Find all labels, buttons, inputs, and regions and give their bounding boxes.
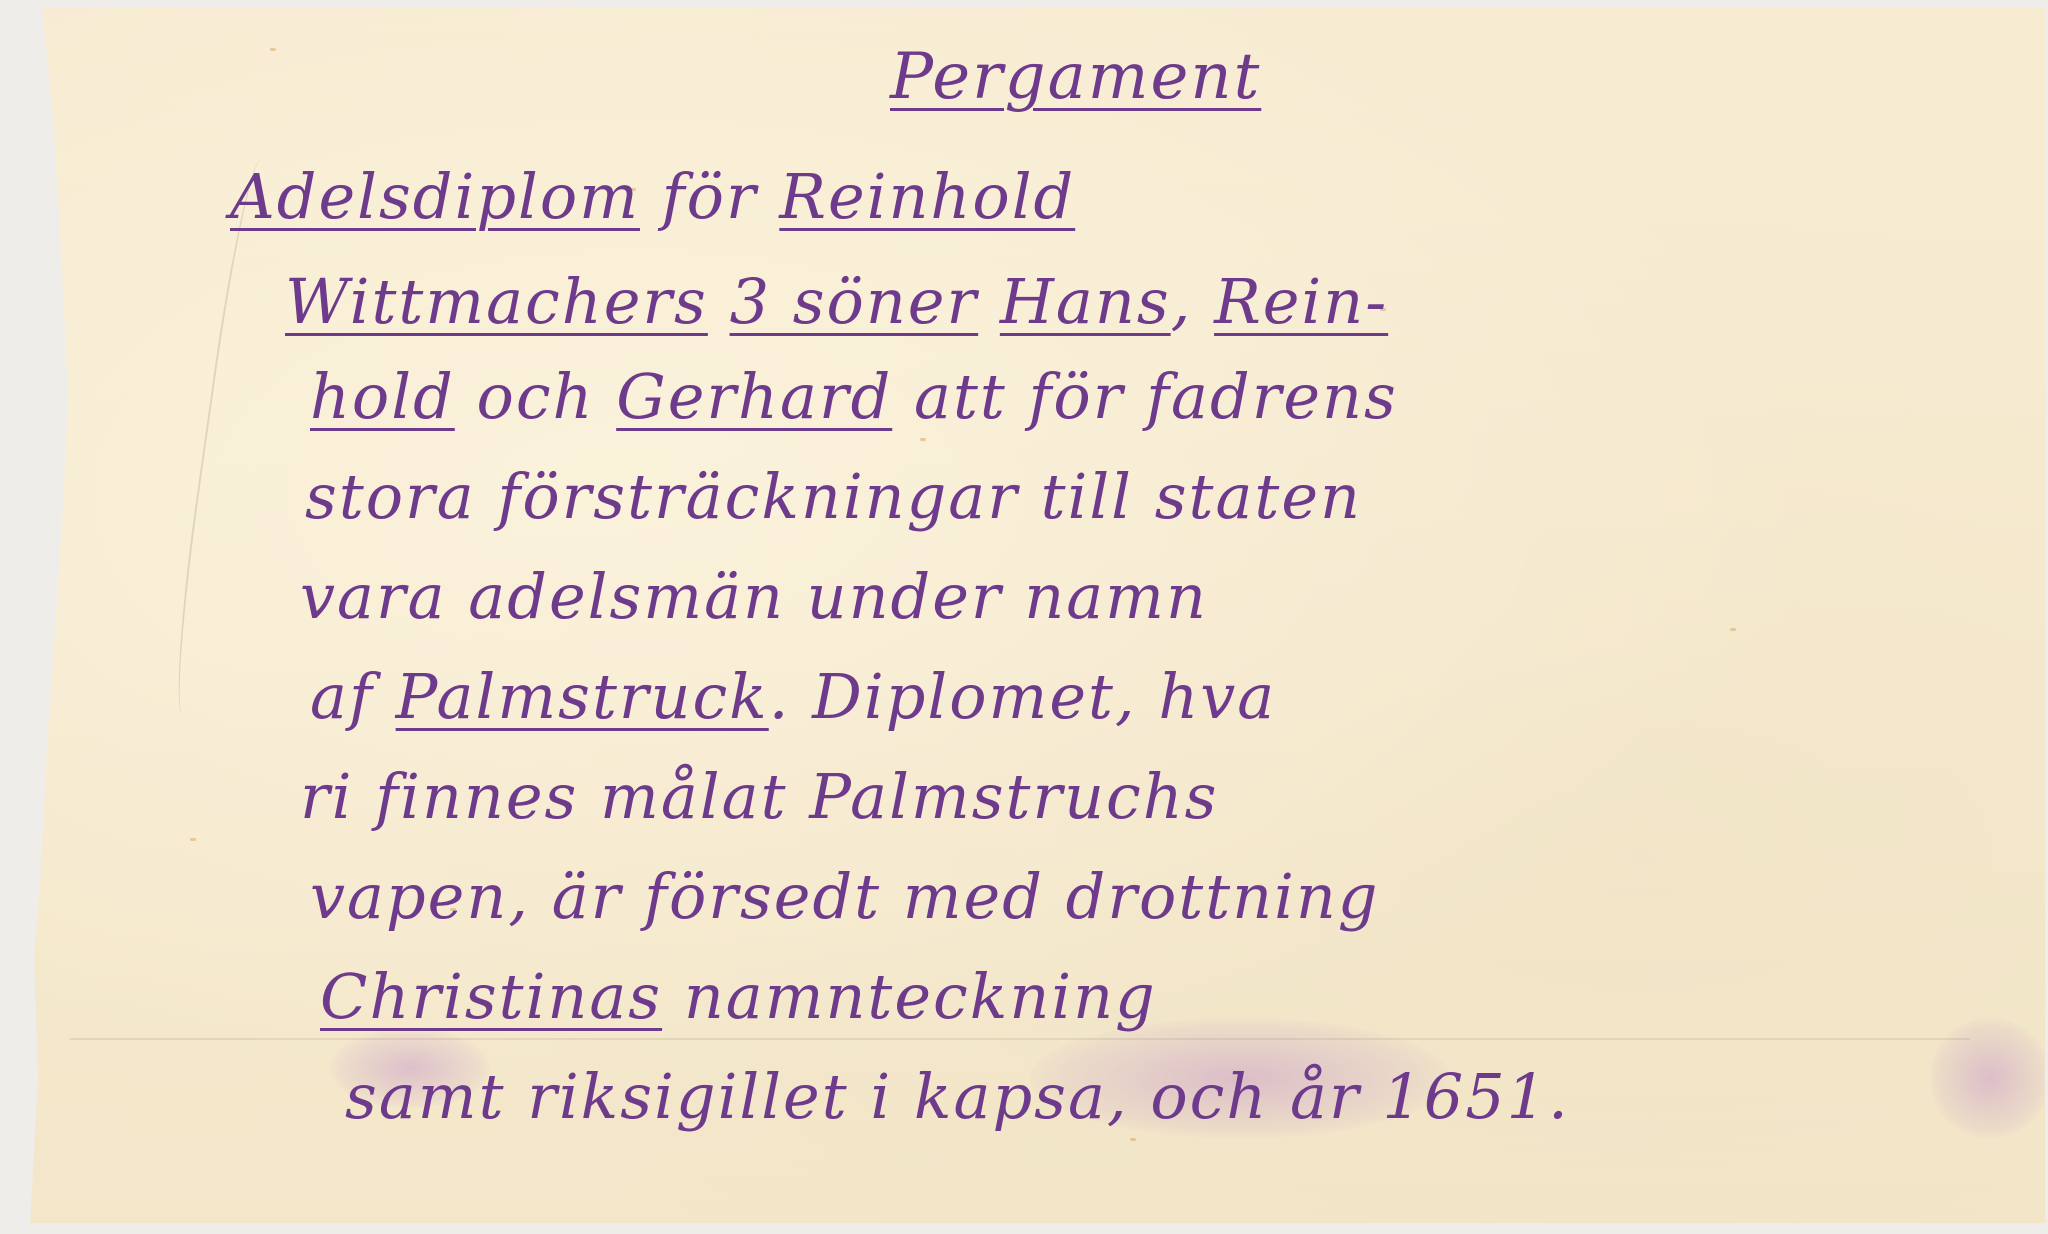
text-line-10: samt riksigillet i kapsa, och år 1651. <box>345 1060 1570 1133</box>
text-line-3: hold och Gerhard att för fadrens <box>310 360 1398 433</box>
word-3-soner: 3 söner <box>730 265 979 338</box>
word-hans: Hans <box>1000 265 1171 338</box>
text-segment: vara adelsmän under namn <box>300 560 1208 633</box>
word-reinhold: Reinhold <box>779 160 1075 233</box>
text-segment: af <box>310 660 396 733</box>
text-line-8: vapen, är försedt med drottning <box>310 860 1380 933</box>
word-rein: Rein- <box>1214 265 1388 338</box>
ink-stain <box>1930 1018 2048 1138</box>
word-wittmachers: Wittmachers <box>285 265 708 338</box>
text-segment: samt riksigillet i kapsa, och år 1651. <box>345 1060 1570 1133</box>
scanned-document: Pergament Adelsdiplom för Reinhold Wittm… <box>0 0 2048 1234</box>
word-palmstruck: Palmstruck <box>396 660 769 733</box>
paper-fleck <box>1130 1138 1136 1141</box>
text-line-5: vara adelsmän under namn <box>300 560 1208 633</box>
text-segment: för <box>640 160 779 233</box>
text-line-6: af Palmstruck. Diplomet, hva <box>310 660 1276 733</box>
paper-fleck <box>190 838 196 841</box>
paper-fleck <box>1730 628 1736 631</box>
text-segment <box>978 265 1000 338</box>
text-segment: namnteckning <box>662 960 1157 1033</box>
document-title: Pergament <box>890 40 1261 114</box>
title-text: Pergament <box>890 40 1261 114</box>
paper-crease <box>166 158 286 718</box>
text-segment: och <box>455 360 616 433</box>
word-christinas: Christinas <box>320 960 662 1033</box>
paper-fleck <box>270 48 276 51</box>
text-line-2: Wittmachers 3 söner Hans, Rein- <box>285 265 1388 338</box>
word-gerhard: Gerhard <box>616 360 892 433</box>
paper-fleck <box>920 438 926 441</box>
text-segment: vapen, är försedt med drottning <box>310 860 1380 933</box>
text-segment: ri finnes målat Palmstruchs <box>300 760 1219 833</box>
word-adelsdiplom: Adelsdiplom <box>230 160 640 233</box>
text-segment <box>708 265 730 338</box>
text-line-9: Christinas namnteckning <box>320 960 1157 1033</box>
text-line-7: ri finnes målat Palmstruchs <box>300 760 1219 833</box>
text-segment: att för fadrens <box>892 360 1398 433</box>
word-hold: hold <box>310 360 455 433</box>
text-segment: . Diplomet, hva <box>769 660 1277 733</box>
text-segment: stora försträckningar till staten <box>305 460 1362 533</box>
text-line-4: stora försträckningar till staten <box>305 460 1362 533</box>
text-segment: , <box>1171 265 1214 338</box>
text-line-1: Adelsdiplom för Reinhold <box>230 160 1075 233</box>
